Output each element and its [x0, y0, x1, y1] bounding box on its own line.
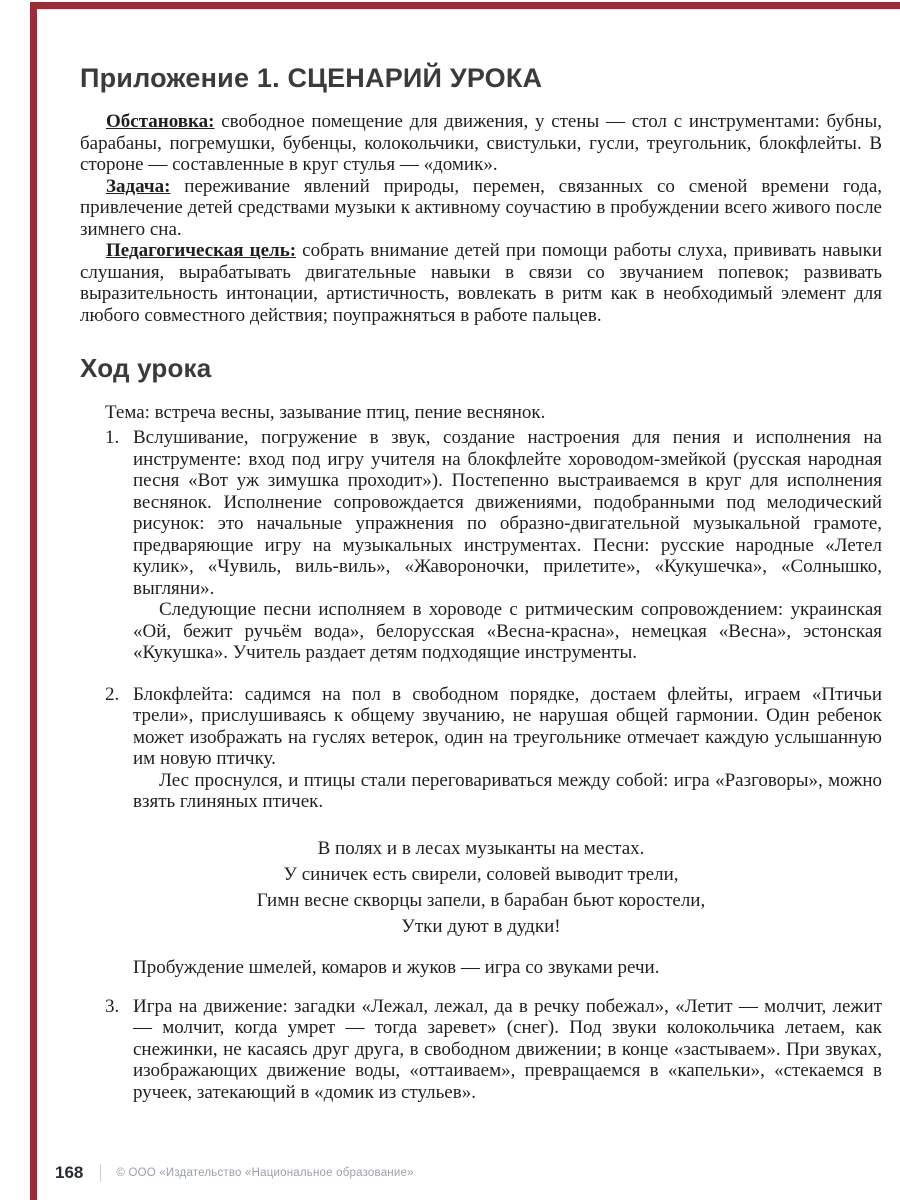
page-edge-top-mark [30, 2, 900, 9]
page-edge-left-mark [30, 2, 37, 1200]
list-item-body: Игра на движение: загадки «Лежал, лежал,… [133, 996, 882, 1104]
list-item: 1. Вслушивание, погружение в звук, созда… [105, 427, 882, 664]
list-item-body: Блокфлейта: садимся на пол в свободном п… [133, 684, 882, 813]
paragraph-task: Задача: переживание явлений природы, пер… [80, 176, 882, 241]
paragraph-goal: Педагогическая цель: собрать внимание де… [80, 240, 882, 326]
verse-line: Утки дуют в дудки! [80, 914, 882, 940]
footer-divider [100, 1164, 101, 1182]
page-footer: 168 © ООО «Издательство «Национальное об… [55, 1163, 414, 1183]
list-item-paragraph: Блокфлейта: садимся на пол в свободном п… [133, 684, 882, 770]
verse-line: У синичек есть свирели, соловей выводит … [80, 862, 882, 888]
list-item-number: 3. [105, 996, 133, 1104]
section-title-lesson-flow: Ход урока [80, 353, 882, 383]
copyright-text: © ООО «Издательство «Национальное образо… [116, 1167, 413, 1179]
list-item-paragraph: Игра на движение: загадки «Лежал, лежал,… [133, 996, 882, 1104]
list-item-number: 2. [105, 684, 133, 813]
page-content: Приложение 1. СЦЕНАРИЙ УРОКА Обстановка:… [80, 62, 882, 1103]
list-item-body: Вслушивание, погружение в звук, создание… [133, 427, 882, 664]
verse-block: В полях и в лесах музыканты на местах. У… [80, 836, 882, 940]
page-number: 168 [55, 1163, 83, 1183]
verse-line: Гимн весне скворцы запели, в барабан бью… [80, 888, 882, 914]
setting-label: Обстановка: [106, 111, 215, 132]
list-item-paragraph: Вслушивание, погружение в звук, создание… [133, 427, 882, 599]
list-item: 2. Блокфлейта: садимся на пол в свободно… [105, 684, 882, 813]
task-label: Задача: [106, 176, 170, 197]
task-text: переживание явлений природы, перемен, св… [80, 176, 882, 240]
goal-label: Педагогическая цель: [106, 240, 296, 261]
verse-line: В полях и в лесах музыканты на местах. [80, 836, 882, 862]
theme-line: Тема: встреча весны, зазывание птиц, пен… [105, 402, 882, 424]
list-item-paragraph: Лес проснулся, и птицы стали переговарив… [133, 770, 882, 813]
after-verse-line: Пробуждение шмелей, комаров и жуков — иг… [133, 957, 882, 979]
spacer [80, 979, 882, 996]
list-item-paragraph: Следующие песни исполняем в хороводе с р… [133, 599, 882, 664]
list-item-number: 1. [105, 427, 133, 664]
paragraph-setting: Обстановка: свободное помещение для движ… [80, 111, 882, 176]
list-item: 3. Игра на движение: загадки «Лежал, леж… [105, 996, 882, 1104]
appendix-title: Приложение 1. СЦЕНАРИЙ УРОКА [80, 62, 882, 94]
